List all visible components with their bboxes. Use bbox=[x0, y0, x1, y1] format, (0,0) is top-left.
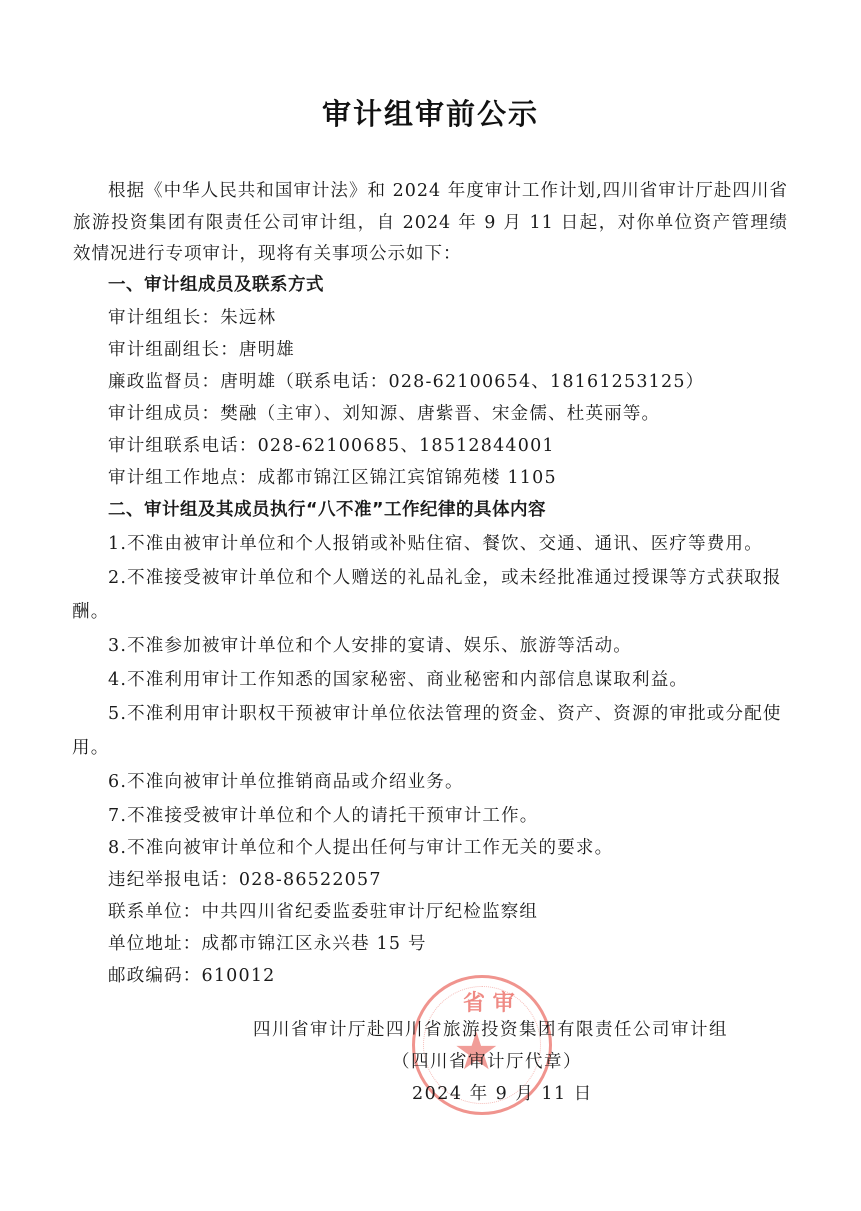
signature-organization: 四川省审计厅赴四川省旅游投资集团有限责任公司审计组 bbox=[253, 1016, 728, 1041]
rule-3: 3.不准参加被审计单位和个人安排的宴请、娱乐、旅游等活动。 bbox=[108, 634, 632, 658]
rule-5: 5.不准利用审计职权干预被审计单位依法管理的资金、资产、资源的审批或分配使 bbox=[108, 702, 782, 726]
signature-date: 2024 年 9 月 11 日 bbox=[412, 1080, 593, 1105]
team-members: 审计组成员：樊融（主审）、刘知源、唐紫晋、宋金儒、杜英丽等。 bbox=[108, 402, 660, 426]
rule-8: 8.不准向被审计单位和个人提出任何与审计工作无关的要求。 bbox=[108, 836, 613, 860]
unit-address: 单位地址：成都市锦江区永兴巷 15 号 bbox=[108, 932, 427, 956]
notice-document: 审计组审前公示 根据《中华人民共和国审计法》和 2024 年度审计工作计划,四川… bbox=[0, 0, 861, 1211]
contact-unit: 联系单位：中共四川省纪委监委驻审计厅纪检监察组 bbox=[108, 900, 538, 924]
team-leader: 审计组组长：朱远林 bbox=[108, 306, 276, 330]
signature-seal-note: （四川省审计厅代章） bbox=[392, 1048, 582, 1073]
document-title: 审计组审前公示 bbox=[0, 92, 861, 133]
rule-5-continuation: 用。 bbox=[72, 736, 109, 760]
rule-7: 7.不准接受被审计单位和个人的请托干预审计工作。 bbox=[108, 804, 539, 828]
team-location: 审计组工作地点：成都市锦江区锦江宾馆锦苑楼 1105 bbox=[108, 466, 557, 490]
seal-characters: 省 审 bbox=[463, 986, 515, 1017]
rule-2: 2.不准接受被审计单位和个人赠送的礼品礼金，或未经批准通过授课等方式获取报 bbox=[108, 566, 782, 590]
rule-4: 4.不准利用审计工作知悉的国家秘密、商业秘密和内部信息谋取利益。 bbox=[108, 668, 688, 692]
intro-paragraph: 根据《中华人民共和国审计法》和 2024 年度审计工作计划,四川省审计厅赴四川省… bbox=[73, 176, 788, 271]
integrity-supervisor: 廉政监督员：唐明雄（联系电话：028-62100654、18161253125） bbox=[108, 370, 704, 394]
deputy-leader: 审计组副组长：唐明雄 bbox=[108, 338, 295, 362]
section2-heading: 二、审计组及其成员执行“八不准”工作纪律的具体内容 bbox=[108, 498, 546, 522]
report-hotline: 违纪举报电话：028-86522057 bbox=[108, 868, 382, 892]
rule-6: 6.不准向被审计单位推销商品或介绍业务。 bbox=[108, 770, 464, 794]
section1-heading: 一、审计组成员及联系方式 bbox=[108, 273, 324, 297]
team-phone: 审计组联系电话：028-62100685、18512844001 bbox=[108, 434, 555, 458]
postal-code: 邮政编码：610012 bbox=[108, 964, 276, 988]
rule-1: 1.不准由被审计单位和个人报销或补贴住宿、餐饮、交通、通讯、医疗等费用。 bbox=[108, 532, 763, 556]
rule-2-continuation: 酬。 bbox=[72, 600, 109, 624]
